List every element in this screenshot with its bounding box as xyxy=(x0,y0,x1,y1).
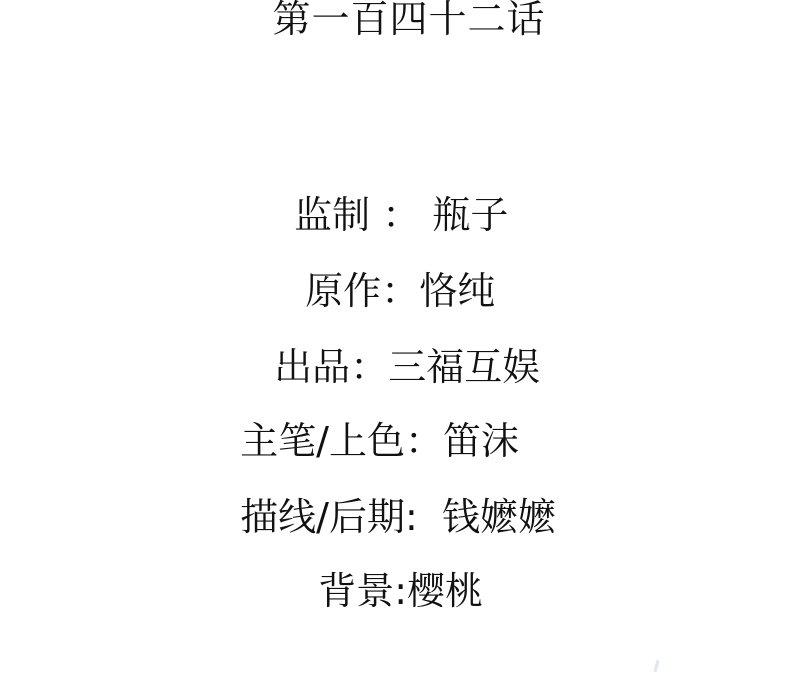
credit-role: 背景 xyxy=(318,569,394,613)
credit-name: 樱桃 xyxy=(407,569,483,613)
faint-scan-mark xyxy=(653,660,659,672)
credit-line-background: 背景:樱桃 xyxy=(294,522,483,614)
credit-separator: : xyxy=(394,569,407,613)
chapter-title: 第一百四十二话 xyxy=(0,0,800,42)
